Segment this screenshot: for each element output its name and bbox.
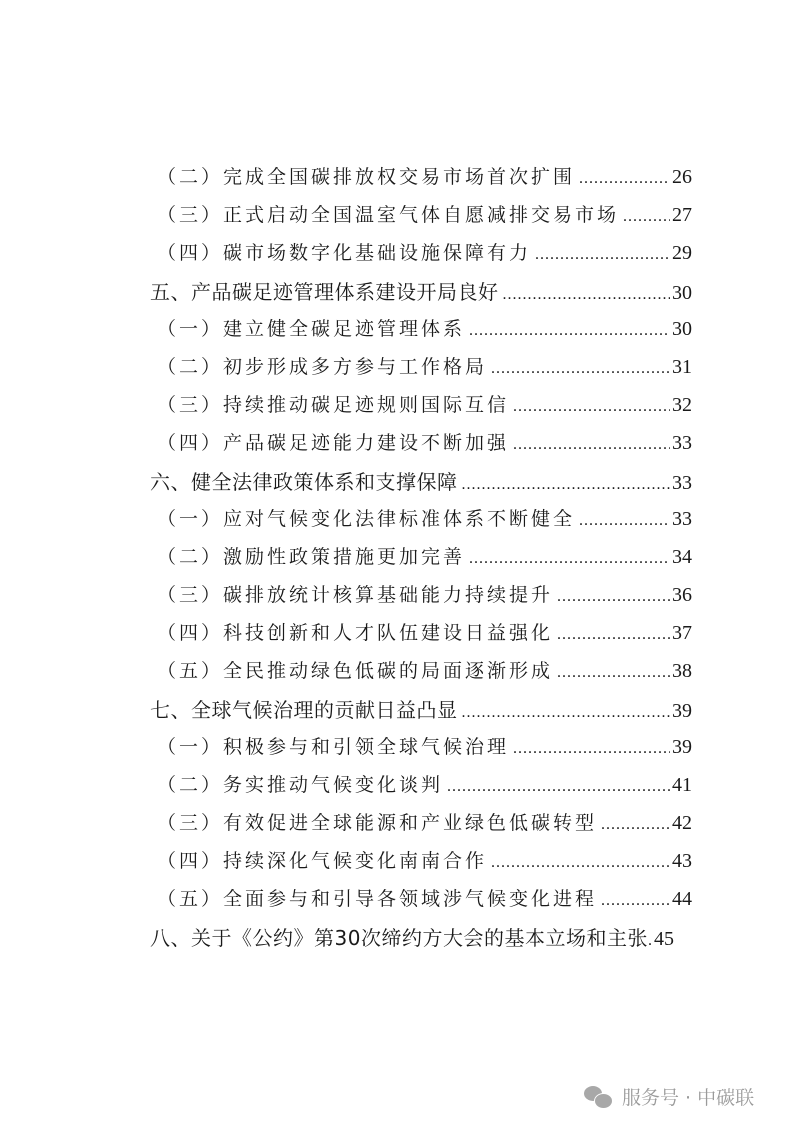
watermark-text: 服务号 · 中碳联 (622, 1083, 754, 1110)
toc-entry-title: （三）有效促进全球能源和产业绿色低碳转型 (157, 808, 597, 835)
toc-entry-title: （四）产品碳足迹能力建设不断加强 (157, 428, 509, 455)
toc-entry[interactable]: （三）碳排放统计核算基础能力持续提升36 (157, 580, 692, 610)
toc-page-number: 34 (672, 546, 692, 569)
toc-entry[interactable]: （三）有效促进全球能源和产业绿色低碳转型42 (157, 808, 692, 838)
toc-leader-dots (469, 550, 670, 568)
toc-entry-title: （四）持续深化气候变化南南合作 (157, 846, 487, 873)
toc-leader-dots (579, 170, 670, 188)
toc-entry[interactable]: （三）正式启动全国温室气体自愿减排交易市场27 (157, 200, 692, 230)
toc-page-number: 41 (672, 774, 692, 797)
toc-entry-title: （二）初步形成多方参与工作格局 (157, 352, 487, 379)
toc-page-number: 43 (672, 850, 692, 873)
toc-leader-dots (469, 322, 670, 340)
toc-entry[interactable]: （四）科技创新和人才队伍建设日益强化37 (157, 618, 692, 648)
toc-leader-dots (601, 892, 670, 910)
toc-page-number: 45 (654, 928, 674, 951)
toc-page-number: 29 (672, 242, 692, 265)
toc-page-number: 27 (672, 204, 692, 227)
toc-entry[interactable]: （五）全面参与和引导各领域涉气候变化进程44 (157, 884, 692, 914)
toc-entry-title: （二）完成全国碳排放权交易市场首次扩围 (157, 162, 575, 189)
toc-page-number: 33 (672, 472, 692, 495)
toc-section[interactable]: 八、关于《公约》第30次缔约方大会的基本立场和主张45 (150, 922, 692, 952)
toc-leader-dots (513, 436, 670, 454)
toc-leader-dots (557, 626, 670, 644)
toc-section[interactable]: 五、产品碳足迹管理体系建设开局良好30 (150, 276, 692, 306)
toc-leader-dots (623, 208, 670, 226)
toc-section-title: 六、健全法律政策体系和支撑保障 (150, 466, 458, 495)
toc-page-number: 30 (672, 282, 692, 305)
toc-leader-dots (535, 246, 670, 264)
toc-leader-dots (447, 778, 670, 796)
toc-entry[interactable]: （四）产品碳足迹能力建设不断加强33 (157, 428, 692, 458)
toc-entry[interactable]: （一）建立健全碳足迹管理体系30 (157, 314, 692, 344)
toc-entry-title: （三）持续推动碳足迹规则国际互信 (157, 390, 509, 417)
toc-page-number: 39 (672, 700, 692, 723)
toc-entry-title: （三）正式启动全国温室气体自愿减排交易市场 (157, 200, 619, 227)
toc-entry-title: （四）科技创新和人才队伍建设日益强化 (157, 618, 553, 645)
toc-section-title: 五、产品碳足迹管理体系建设开局良好 (150, 276, 499, 305)
toc-entry[interactable]: （三）持续推动碳足迹规则国际互信32 (157, 390, 692, 420)
toc-leader-dots (462, 476, 671, 494)
toc-entry-title: （二）激励性政策措施更加完善 (157, 542, 465, 569)
toc-page-number: 30 (672, 318, 692, 341)
toc-section-title: 八、关于《公约》第30次缔约方大会的基本立场和主张 (150, 922, 648, 951)
toc-entry-title: （四）碳市场数字化基础设施保障有力 (157, 238, 531, 265)
wechat-icon (584, 1086, 614, 1108)
toc-entry[interactable]: （一）积极参与和引领全球气候治理39 (157, 732, 692, 762)
toc-entry-title: （一）应对气候变化法律标准体系不断健全 (157, 504, 575, 531)
toc-entry-title: （三）碳排放统计核算基础能力持续提升 (157, 580, 553, 607)
toc-page-number: 26 (672, 166, 692, 189)
toc-leader-dots (579, 512, 670, 530)
toc-page-number: 33 (672, 508, 692, 531)
toc-entry[interactable]: （四）碳市场数字化基础设施保障有力29 (157, 238, 692, 268)
toc-entry[interactable]: （一）应对气候变化法律标准体系不断健全33 (157, 504, 692, 534)
toc-page-number: 37 (672, 622, 692, 645)
toc-entry-title: （一）建立健全碳足迹管理体系 (157, 314, 465, 341)
toc-page-number: 31 (672, 356, 692, 379)
watermark: 服务号 · 中碳联 (584, 1083, 754, 1110)
toc-entry[interactable]: （二）初步形成多方参与工作格局31 (157, 352, 692, 382)
toc-leader-dots (557, 588, 670, 606)
toc-section[interactable]: 七、全球气候治理的贡献日益凸显39 (150, 694, 692, 724)
toc-leader-dots (557, 664, 670, 682)
toc-leader-dots (503, 286, 671, 304)
toc-entry[interactable]: （四）持续深化气候变化南南合作43 (157, 846, 692, 876)
toc-page-number: 38 (672, 660, 692, 683)
toc-page-number: 44 (672, 888, 692, 911)
toc-entry[interactable]: （二）务实推动气候变化谈判41 (157, 770, 692, 800)
toc-leader-dots (601, 816, 670, 834)
toc-entry-title: （五）全面参与和引导各领域涉气候变化进程 (157, 884, 597, 911)
toc-page-number: 36 (672, 584, 692, 607)
toc-entry[interactable]: （二）完成全国碳排放权交易市场首次扩围26 (157, 162, 692, 192)
toc-page-number: 39 (672, 736, 692, 759)
toc-entry-title: （二）务实推动气候变化谈判 (157, 770, 443, 797)
toc-page-number: 33 (672, 432, 692, 455)
toc-entry[interactable]: （五）全民推动绿色低碳的局面逐渐形成38 (157, 656, 692, 686)
toc-entry[interactable]: （二）激励性政策措施更加完善34 (157, 542, 692, 572)
toc-page-number: 32 (672, 394, 692, 417)
toc-leader-dots (513, 398, 670, 416)
toc-section[interactable]: 六、健全法律政策体系和支撑保障33 (150, 466, 692, 496)
toc-leader-dots (513, 740, 670, 758)
toc-entry-title: （一）积极参与和引领全球气候治理 (157, 732, 509, 759)
toc-leader-dots (491, 360, 670, 378)
toc-entry-title: （五）全民推动绿色低碳的局面逐渐形成 (157, 656, 553, 683)
toc-page-number: 42 (672, 812, 692, 835)
toc-section-title: 七、全球气候治理的贡献日益凸显 (150, 694, 458, 723)
toc-leader-dots (462, 704, 671, 722)
toc-leader-dots (491, 854, 670, 872)
